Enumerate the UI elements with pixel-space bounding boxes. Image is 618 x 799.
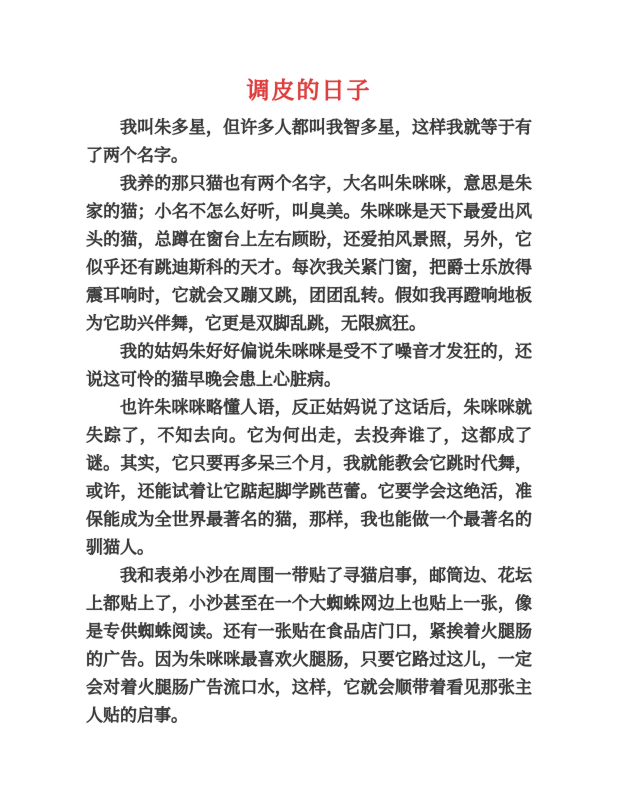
paragraph-1: 我叫朱多星，但许多人都叫我智多星，这样我就等于有了两个名字。 [86, 114, 532, 170]
document-body: 我叫朱多星，但许多人都叫我智多星，这样我就等于有了两个名字。 我养的那只猫也有两… [86, 114, 532, 730]
paragraph-4: 也许朱咪咪略懂人语，反正姑妈说了这话后，朱咪咪就失踪了，不知去向。它为何出走，去… [86, 394, 532, 562]
document-title: 调皮的日子 [0, 76, 618, 106]
paragraph-3: 我的姑妈朱好好偏说朱咪咪是受不了噪音才发狂的，还说这可怜的猫早晚会患上心脏病。 [86, 338, 532, 394]
document-page: 调皮的日子 我叫朱多星，但许多人都叫我智多星，这样我就等于有了两个名字。 我养的… [0, 0, 618, 799]
paragraph-2: 我养的那只猫也有两个名字，大名叫朱咪咪，意思是朱家的猫；小名不怎么好听，叫臭美。… [86, 170, 532, 338]
paragraph-5: 我和表弟小沙在周围一带贴了寻猫启事，邮筒边、花坛上都贴上了，小沙甚至在一个大蜘蛛… [86, 562, 532, 730]
